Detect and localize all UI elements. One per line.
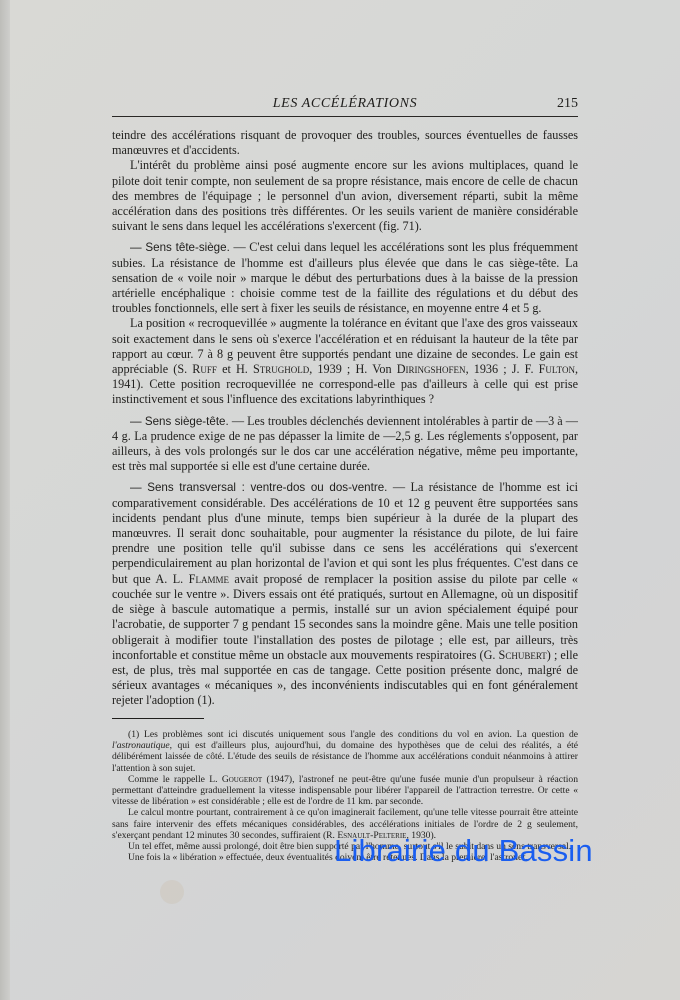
text-run: , 1939 ; H. Von <box>309 362 397 376</box>
italic-term: l'astronautique <box>112 740 170 751</box>
text-run: , 1936 ; J. F. <box>466 362 539 376</box>
section-text: — La résistance de l'homme est ici compa… <box>112 480 578 585</box>
section-heading-siege-tete: — Sens siège-tête. <box>130 415 229 428</box>
watermark: Librairie du Bassin <box>334 833 593 869</box>
author-name: Ruff <box>192 362 217 376</box>
text-run: , qui est d'ailleurs plus, aujourd'hui, … <box>112 740 578 773</box>
author-name: Diringshofen <box>397 362 466 376</box>
author-name: Gougerot <box>222 774 262 785</box>
paragraph-multiplaces: L'intérêt du problème ainsi posé augment… <box>112 158 578 234</box>
paragraph-recroquevillee: La position « recroquevillée » augmente … <box>112 316 578 407</box>
body-text: teindre des accélérations risquant de pr… <box>112 128 578 709</box>
text-run: Comme le rappelle L. <box>128 774 222 785</box>
page-number: 215 <box>557 96 578 112</box>
text-run: et H. <box>217 362 253 376</box>
section-heading-transversal: — Sens transversal : ventre-dos ou dos-v… <box>130 481 387 494</box>
running-title: LES ACCÉLÉRATIONS <box>112 96 578 112</box>
footnote-separator <box>112 718 204 719</box>
author-name: Strughold <box>253 362 309 376</box>
section-siege-tete: — Sens siège-tête. — Les troubles déclen… <box>112 414 578 475</box>
section-heading-tete-siege: — Sens tête-siège. <box>130 241 230 254</box>
author-name: Fulton <box>539 362 575 376</box>
section-tete-siege: — Sens tête-siège. — C'est celui dans le… <box>112 240 578 316</box>
paper-stain <box>160 880 184 904</box>
footnote-1: (1) Les problèmes sont ici discutés uniq… <box>112 729 578 774</box>
section-transversal: — Sens transversal : ventre-dos ou dos-v… <box>112 480 578 708</box>
book-gutter-edge <box>0 0 10 1000</box>
running-header: LES ACCÉLÉRATIONS 215 <box>112 96 578 117</box>
footnote-paragraph-gougerot: Comme le rappelle L. Gougerot (1947), l'… <box>112 774 578 808</box>
author-name: Flamme <box>189 572 229 586</box>
author-name: Schubert <box>499 648 547 662</box>
text-run: (1) Les problèmes sont ici discutés uniq… <box>128 729 578 740</box>
paragraph-continuation: teindre des accélérations risquant de pr… <box>112 128 578 158</box>
